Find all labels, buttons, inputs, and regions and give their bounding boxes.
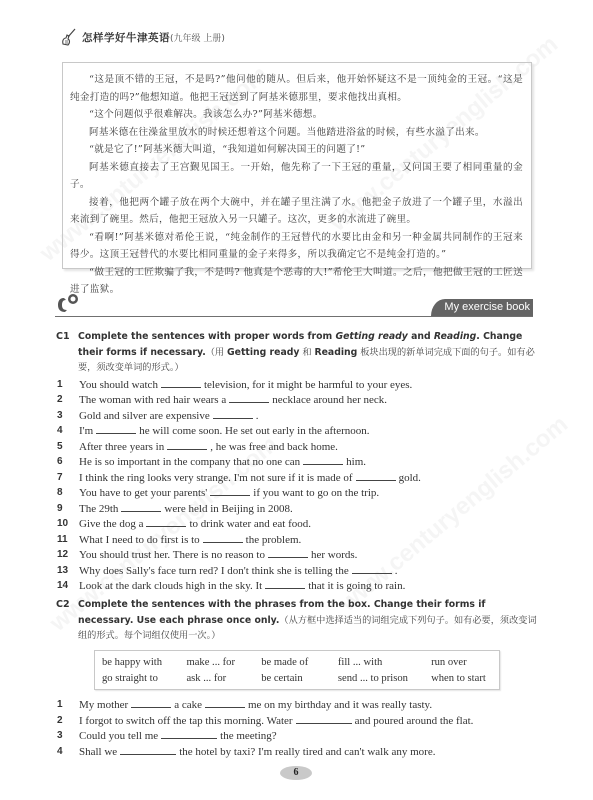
question-row: 13Why does Sally's face turn red? I don'… [56, 563, 538, 579]
answer-blank[interactable] [303, 455, 343, 465]
c2-question-list: 1My mothera cakeme on my birthday and it… [56, 697, 538, 759]
question-row: 12You should trust her. There is no reas… [56, 547, 538, 563]
question-row: 11What I need to do first is tothe probl… [56, 532, 538, 548]
question-text: him. [346, 456, 366, 468]
question-number: 3 [56, 410, 79, 421]
question-row: 7I think the ring looks very strange. I'… [56, 470, 538, 486]
question-number: 2 [56, 394, 79, 405]
answer-blank[interactable] [120, 745, 176, 755]
question-number: 10 [56, 518, 79, 529]
phrase-option: be certain [261, 673, 338, 684]
story-paragraph: “看啊!”阿基米德对希伦王说，“纯金制作的王冠替代的水要比由金和另一种金属共同制… [70, 229, 523, 264]
instruction-cn: （用 [206, 347, 227, 358]
question-text: After three years in [79, 441, 164, 453]
question-row: 14Look at the dark clouds high in the sk… [56, 578, 538, 594]
instruction-text: and [408, 331, 434, 342]
question-text: television, for it might be harmful to y… [204, 379, 412, 391]
question-number: 4 [56, 746, 79, 757]
question-text: He is so important in the company that n… [79, 456, 300, 468]
phrase-option: make ... for [186, 657, 261, 668]
question-number: 7 [56, 472, 79, 483]
question-text: The 29th [79, 503, 118, 515]
answer-blank[interactable] [210, 486, 250, 496]
question-row: 10Give the dog ato drink water and eat f… [56, 516, 538, 532]
answer-blank[interactable] [229, 393, 269, 403]
phrase-option: be made of [261, 657, 338, 668]
question-text: Could you tell me [79, 730, 158, 742]
answer-blank[interactable] [161, 378, 201, 388]
question-text: You have to get your parents' [79, 487, 207, 499]
answer-blank[interactable] [352, 564, 392, 574]
question-number: 4 [56, 425, 79, 436]
question-text: Look at the dark clouds high in the sky.… [79, 580, 262, 592]
book-title: 怎样学好牛津英语 [82, 30, 170, 45]
question-text: if you want to go on the trip. [253, 487, 379, 499]
question-row: 5After three years in, he was free and b… [56, 439, 538, 455]
answer-blank[interactable] [146, 517, 186, 527]
page-header: 怎样学好牛津英语 (九年级 上册) [60, 26, 225, 48]
answer-blank[interactable] [121, 502, 161, 512]
c1-question-list: 1You should watchtelevision, for it migh… [56, 377, 538, 594]
answer-blank[interactable] [205, 698, 245, 708]
instruction-italic: Getting ready [335, 331, 407, 342]
question-number: 3 [56, 730, 79, 741]
question-text: My mother [79, 699, 128, 711]
question-row: 6He is so important in the company that … [56, 454, 538, 470]
story-paragraph: “就是它了!”阿基米德大叫道，“我知道如何解决国王的问题了!” [70, 141, 523, 159]
book-subtitle: (九年级 上册) [170, 31, 225, 44]
answer-blank[interactable] [161, 729, 217, 739]
question-text: the meeting? [220, 730, 277, 742]
question-text: the hotel by taxi? I'm really tired and … [179, 746, 435, 758]
question-text: Give the dog a [79, 518, 143, 530]
question-number: 1 [56, 379, 79, 390]
question-text: a cake [174, 699, 202, 711]
answer-blank[interactable] [131, 698, 171, 708]
answer-blank[interactable] [296, 714, 352, 724]
question-text: I'm [79, 425, 93, 437]
story-paragraph: 接着，他把两个罐子放在两个大碗中，并在罐子里注满了水。他把金子放进了一个罐子里，… [70, 194, 523, 229]
question-text: Gold and silver are expensive [79, 410, 210, 422]
question-row: 1My mothera cakeme on my birthday and it… [56, 697, 538, 713]
question-text: necklace around her neck. [272, 394, 387, 406]
instruction-cn-bold: Getting ready [227, 347, 299, 358]
question-number: 14 [56, 580, 79, 591]
question-text: were held in Beijing in 2008. [164, 503, 292, 515]
question-text: the problem. [246, 534, 302, 546]
question-row: 3Gold and silver are expensive. [56, 408, 538, 424]
question-row: 4I'mhe will come soon. He set out early … [56, 423, 538, 439]
section-header: My exercise book [55, 293, 533, 317]
phrase-option: ask ... for [186, 673, 261, 684]
question-row: 4Shall wethe hotel by taxi? I'm really t… [56, 744, 538, 760]
phrase-option: run over [431, 657, 499, 668]
question-number: 2 [56, 715, 79, 726]
question-row: 2The woman with red hair wears anecklace… [56, 392, 538, 408]
exercise-book-tab: My exercise book [431, 299, 533, 316]
question-row: 2I forgot to switch off the tap this mor… [56, 713, 538, 729]
story-paragraph: 阿基米德直接去了王宫觐见国王。一开始，他先称了一下王冠的重量，又问国王要了相同重… [70, 159, 523, 194]
question-number: 1 [56, 699, 79, 710]
question-number: 13 [56, 565, 79, 576]
question-row: 3Could you tell methe meeting? [56, 728, 538, 744]
phrase-option: fill ... with [338, 657, 431, 668]
question-text: and poured around the flat. [355, 715, 474, 727]
answer-blank[interactable] [96, 424, 136, 434]
answer-blank[interactable] [356, 471, 396, 481]
exercise-c2: C2 Complete the sentences with the phras… [56, 597, 538, 644]
question-row: 8You have to get your parents'if you wan… [56, 485, 538, 501]
question-text: . [256, 410, 259, 422]
instruction-cn-bold: Reading [314, 347, 357, 358]
phrase-option: when to start [431, 673, 499, 684]
question-text: You should watch [79, 379, 158, 391]
question-text: to drink water and eat food. [189, 518, 311, 530]
pen-hand-icon [60, 27, 80, 47]
question-text: me on my birthday and it was really tast… [248, 699, 432, 711]
exercise-instruction: Complete the sentences with the phrases … [78, 597, 538, 644]
question-text: her words. [311, 549, 357, 561]
instruction-cn: 和 [299, 347, 314, 358]
answer-blank[interactable] [213, 409, 253, 419]
question-row: 9The 29thwere held in Beijing in 2008. [56, 501, 538, 517]
question-number: 9 [56, 503, 79, 514]
question-text: . [395, 565, 398, 577]
phrase-option: send ... to prison [338, 673, 431, 684]
question-row: 1You should watchtelevision, for it migh… [56, 377, 538, 393]
question-text: What I need to do first is to [79, 534, 200, 546]
question-text: , he was free and back home. [210, 441, 338, 453]
answer-blank[interactable] [268, 548, 308, 558]
story-translation-box: “这是顶不错的王冠，不是吗?”他问他的随从。但后来，他开始怀疑这不是一顶纯金的王… [62, 62, 532, 269]
instruction-text: Complete the sentences with proper words… [78, 331, 335, 342]
story-paragraph: 阿基米德在往澡盆里放水的时候还想着这个问题。当他踏进浴盆的时候，有些水溢了出来。 [70, 124, 523, 142]
question-number: 5 [56, 441, 79, 452]
question-number: 11 [56, 534, 79, 545]
story-paragraph: “这是顶不错的王冠，不是吗?”他问他的随从。但后来，他开始怀疑这不是一顶纯金的王… [70, 71, 523, 106]
answer-blank[interactable] [265, 579, 305, 589]
c-letter-logo-icon [55, 293, 81, 315]
question-text: he will come soon. He set out early in t… [139, 425, 369, 437]
phrase-option: go straight to [102, 673, 186, 684]
exercise-id: C1 [56, 329, 78, 376]
answer-blank[interactable] [203, 533, 243, 543]
question-number: 12 [56, 549, 79, 560]
story-paragraph: “这个问题似乎很难解决。我该怎么办?”阿基米德想。 [70, 106, 523, 124]
phrase-row: be happy with make ... for be made of fi… [102, 655, 499, 671]
exercise-c1: C1 Complete the sentences with proper wo… [56, 329, 538, 594]
answer-blank[interactable] [167, 440, 207, 450]
question-text: I think the ring looks very strange. I'm… [79, 472, 353, 484]
question-text: Why does Sally's face turn red? I don't … [79, 565, 349, 577]
question-text: The woman with red hair wears a [79, 394, 226, 406]
question-text: Shall we [79, 746, 117, 758]
phrase-box: be happy with make ... for be made of fi… [94, 650, 500, 690]
page-number: 6 [280, 766, 312, 780]
question-text: I forgot to switch off the tap this morn… [79, 715, 293, 727]
phrase-row: go straight to ask ... for be certain se… [102, 671, 499, 687]
question-text: You should trust her. There is no reason… [79, 549, 265, 561]
exercise-instruction: Complete the sentences with proper words… [78, 329, 538, 376]
question-text: gold. [399, 472, 421, 484]
instruction-italic: Reading [434, 331, 476, 342]
question-text: that it is going to rain. [308, 580, 405, 592]
exercise-id: C2 [56, 597, 78, 644]
question-number: 8 [56, 487, 79, 498]
question-number: 6 [56, 456, 79, 467]
phrase-option: be happy with [102, 657, 186, 668]
